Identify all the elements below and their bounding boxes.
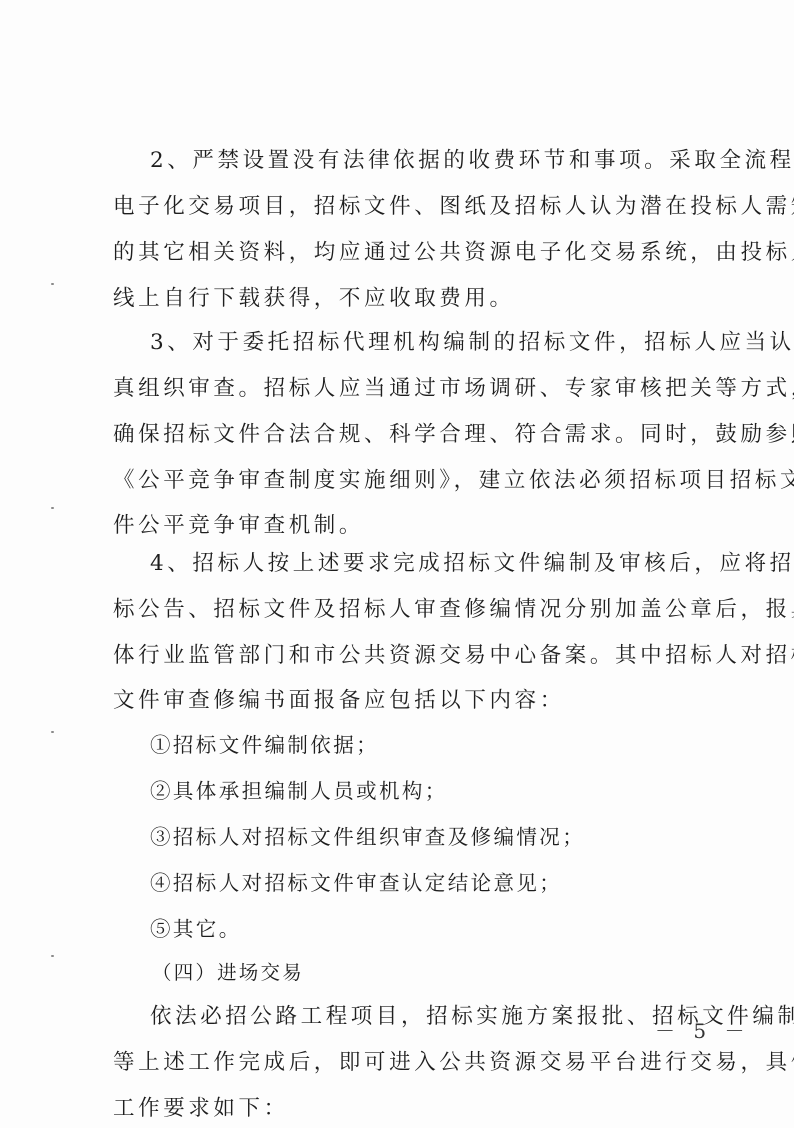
paragraph-line: 确保招标文件合法合规、科学合理、符合需求。同时，鼓励参照 bbox=[113, 422, 703, 448]
scan-speck bbox=[51, 731, 54, 733]
paragraph-line: 等上述工作完成后，即可进入公共资源交易平台进行交易，具体 bbox=[113, 1050, 703, 1076]
list-item: ①招标文件编制依据； bbox=[150, 732, 740, 758]
list-item: ⑤其它。 bbox=[150, 916, 740, 942]
paragraph-line: 依法必招公路工程项目，招标实施方案报批、招标文件编制 bbox=[150, 1004, 740, 1030]
paragraph-line: 线上自行下载获得，不应收取费用。 bbox=[113, 286, 703, 312]
paragraph-line: 文件审查修编书面报备应包括以下内容： bbox=[113, 688, 703, 714]
paragraph-line: 的其它相关资料，均应通过公共资源电子化交易系统，由投标人 bbox=[113, 240, 703, 266]
list-item: ②具体承担编制人员或机构； bbox=[150, 778, 740, 804]
paragraph-line: 3、对于委托招标代理机构编制的招标文件，招标人应当认 bbox=[150, 330, 740, 356]
document-page: 2、严禁设置没有法律依据的收费环节和事项。采取全流程 电子化交易项目，招标文件、… bbox=[0, 0, 794, 1128]
scan-speck bbox=[51, 955, 54, 957]
paragraph-line: 工作要求如下： bbox=[113, 1096, 703, 1122]
paragraph-line: 件公平竞争审查机制。 bbox=[113, 513, 703, 539]
paragraph-line: 2、严禁设置没有法律依据的收费环节和事项。采取全流程 bbox=[150, 148, 740, 174]
scan-speck bbox=[51, 283, 54, 285]
page-number: － 5 － bbox=[655, 1015, 750, 1044]
paragraph-line: 《公平竞争审查制度实施细则》，建立依法必须招标项目招标文 bbox=[113, 468, 703, 494]
paragraph-line: 体行业监管部门和市公共资源交易中心备案。其中招标人对招标 bbox=[113, 643, 703, 669]
section-heading: （四）进场交易 bbox=[152, 960, 742, 986]
paragraph-line: 标公告、招标文件及招标人审查修编情况分别加盖公章后，报具 bbox=[113, 597, 703, 623]
paragraph-line: 真组织审查。招标人应当通过市场调研、专家审核把关等方式， bbox=[113, 376, 703, 402]
list-item: ④招标人对招标文件审查认定结论意见； bbox=[150, 870, 740, 896]
scan-speck bbox=[51, 507, 54, 509]
paragraph-line: 电子化交易项目，招标文件、图纸及招标人认为潜在投标人需知 bbox=[113, 194, 703, 220]
paragraph-line: 4、招标人按上述要求完成招标文件编制及审核后，应将招 bbox=[150, 551, 740, 577]
list-item: ③招标人对招标文件组织审查及修编情况； bbox=[150, 824, 740, 850]
